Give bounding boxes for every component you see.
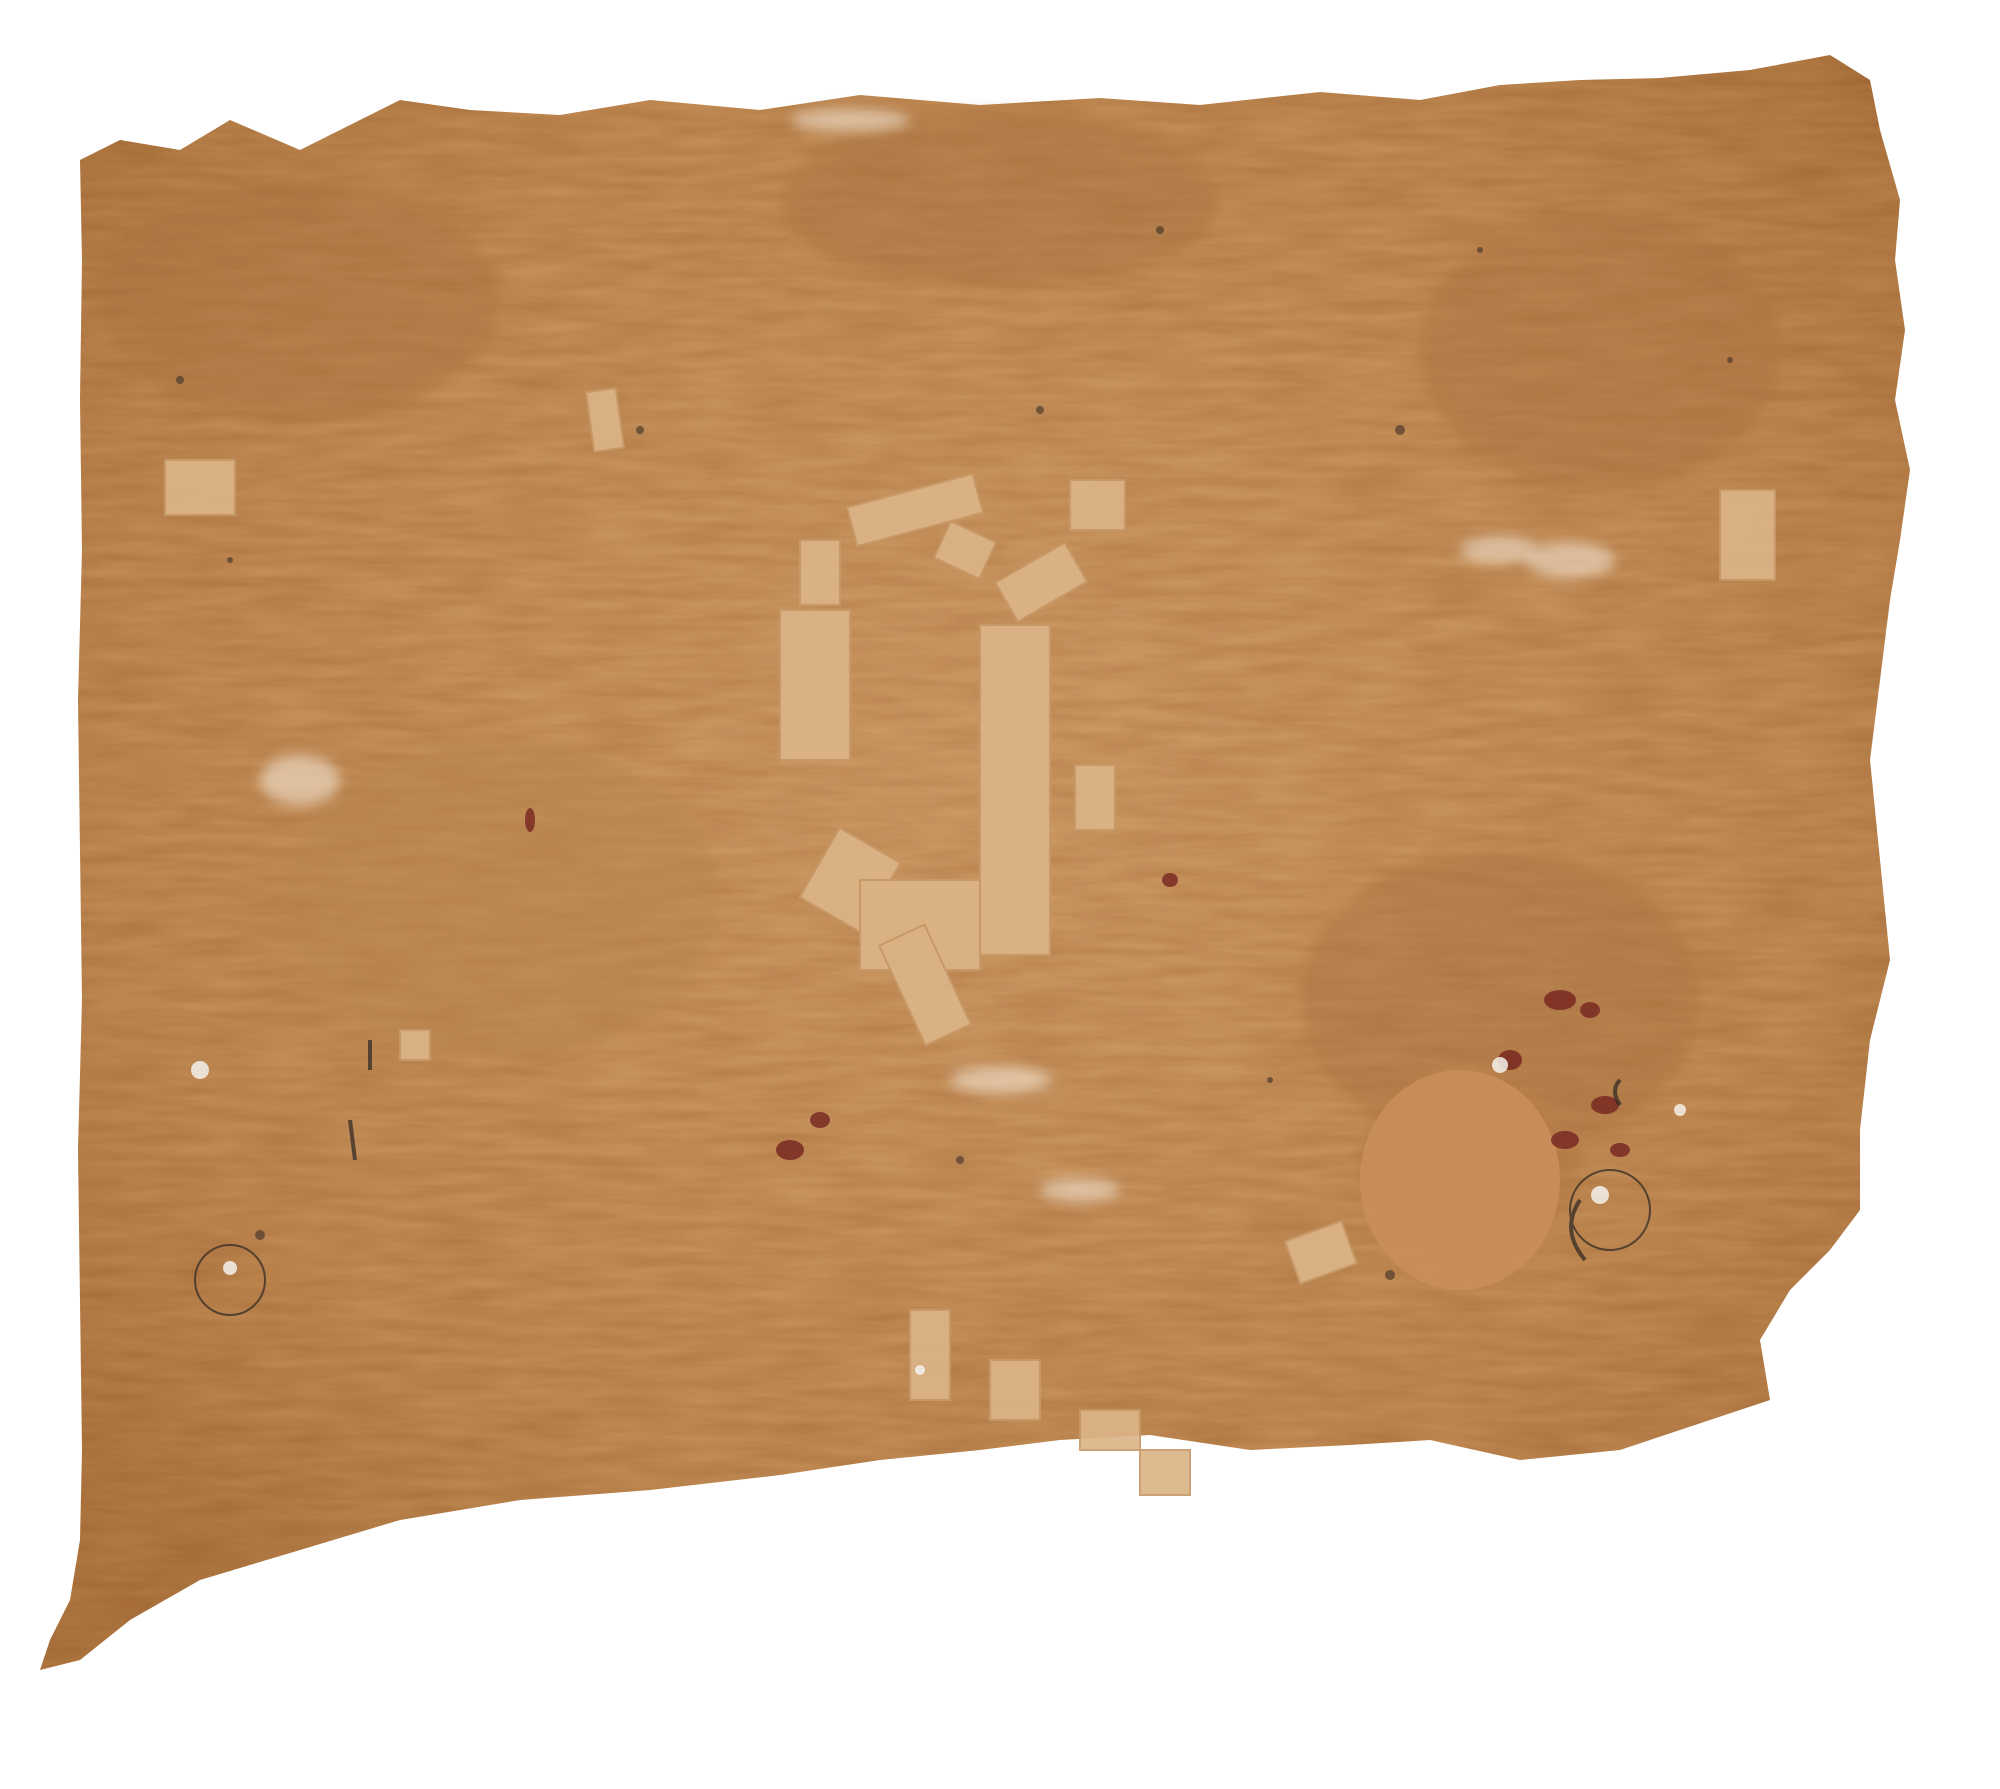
- bark-cloth-photo: [0, 0, 2000, 1789]
